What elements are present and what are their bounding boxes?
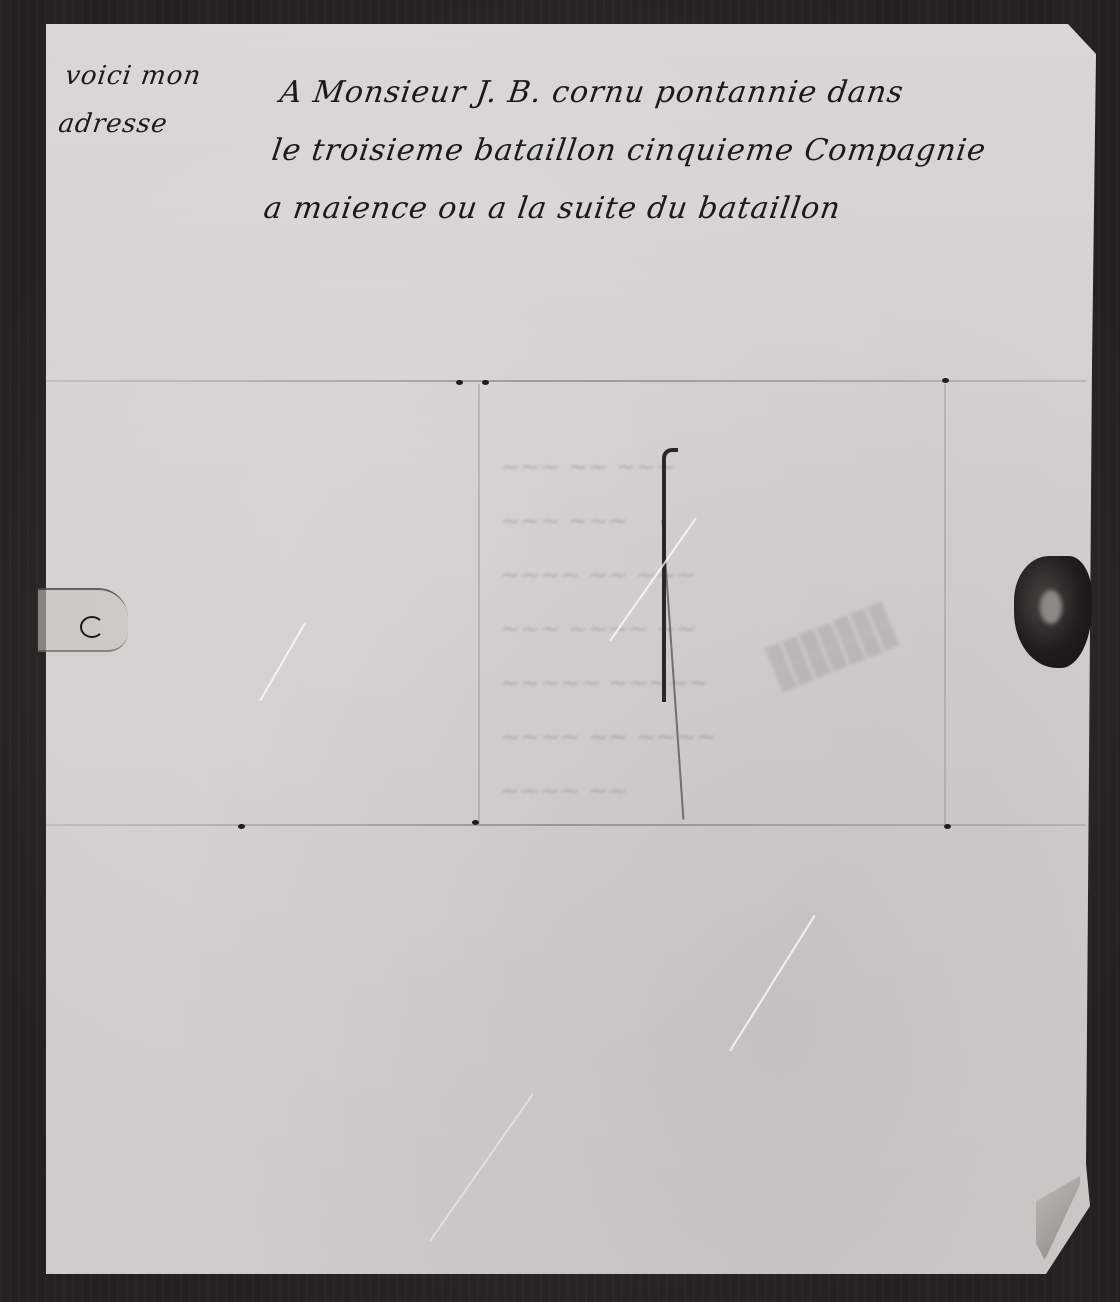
- ink-dot: [482, 380, 489, 385]
- vertical-fold-line-right: [944, 384, 946, 824]
- seal-tear: [1040, 590, 1062, 624]
- ink-dot: [944, 824, 951, 829]
- address-line-1: A Monsieur J. B. cornu pontannie dans: [276, 64, 998, 122]
- address-line-3: a maience ou a la suite du bataillon: [260, 180, 982, 238]
- bleed-line: ~~~ ~~~: [500, 494, 716, 548]
- margin-note-line: voici mon: [62, 52, 205, 100]
- margin-note-line: adresse: [55, 100, 198, 148]
- ink-dot: [456, 380, 463, 385]
- bleed-line: ~~~~~ ~~~~~: [500, 656, 716, 710]
- ink-dot: [472, 820, 479, 825]
- bleed-line: ~~~ ~~ ~~~: [500, 440, 716, 494]
- bleed-line: ~~~ ~~~~ ~~: [500, 602, 716, 656]
- ink-mark: [80, 616, 104, 638]
- vertical-fold-line-left: [478, 384, 480, 824]
- horizontal-fold-line-top: [46, 380, 1086, 382]
- horizontal-fold-line-bottom: [46, 824, 1086, 826]
- bleed-line: ~~~~ ~~ ~~~~: [500, 710, 716, 764]
- bleed-line: ~~~~ ~~: [500, 764, 716, 818]
- bleed-line: ~~~~ ~~ ~~~: [500, 548, 716, 602]
- ink-dot: [238, 824, 245, 829]
- ink-dot: [942, 378, 949, 383]
- address-line-2: le troisieme bataillon cinquieme Compagn…: [268, 122, 990, 180]
- address-block: A Monsieur J. B. cornu pontannie dans le…: [260, 64, 998, 238]
- margin-note: voici mon adresse: [55, 52, 204, 148]
- bleed-through-text: ~~~ ~~ ~~~ ~~~ ~~~ ~~~~ ~~ ~~~ ~~~ ~~~~ …: [500, 440, 716, 818]
